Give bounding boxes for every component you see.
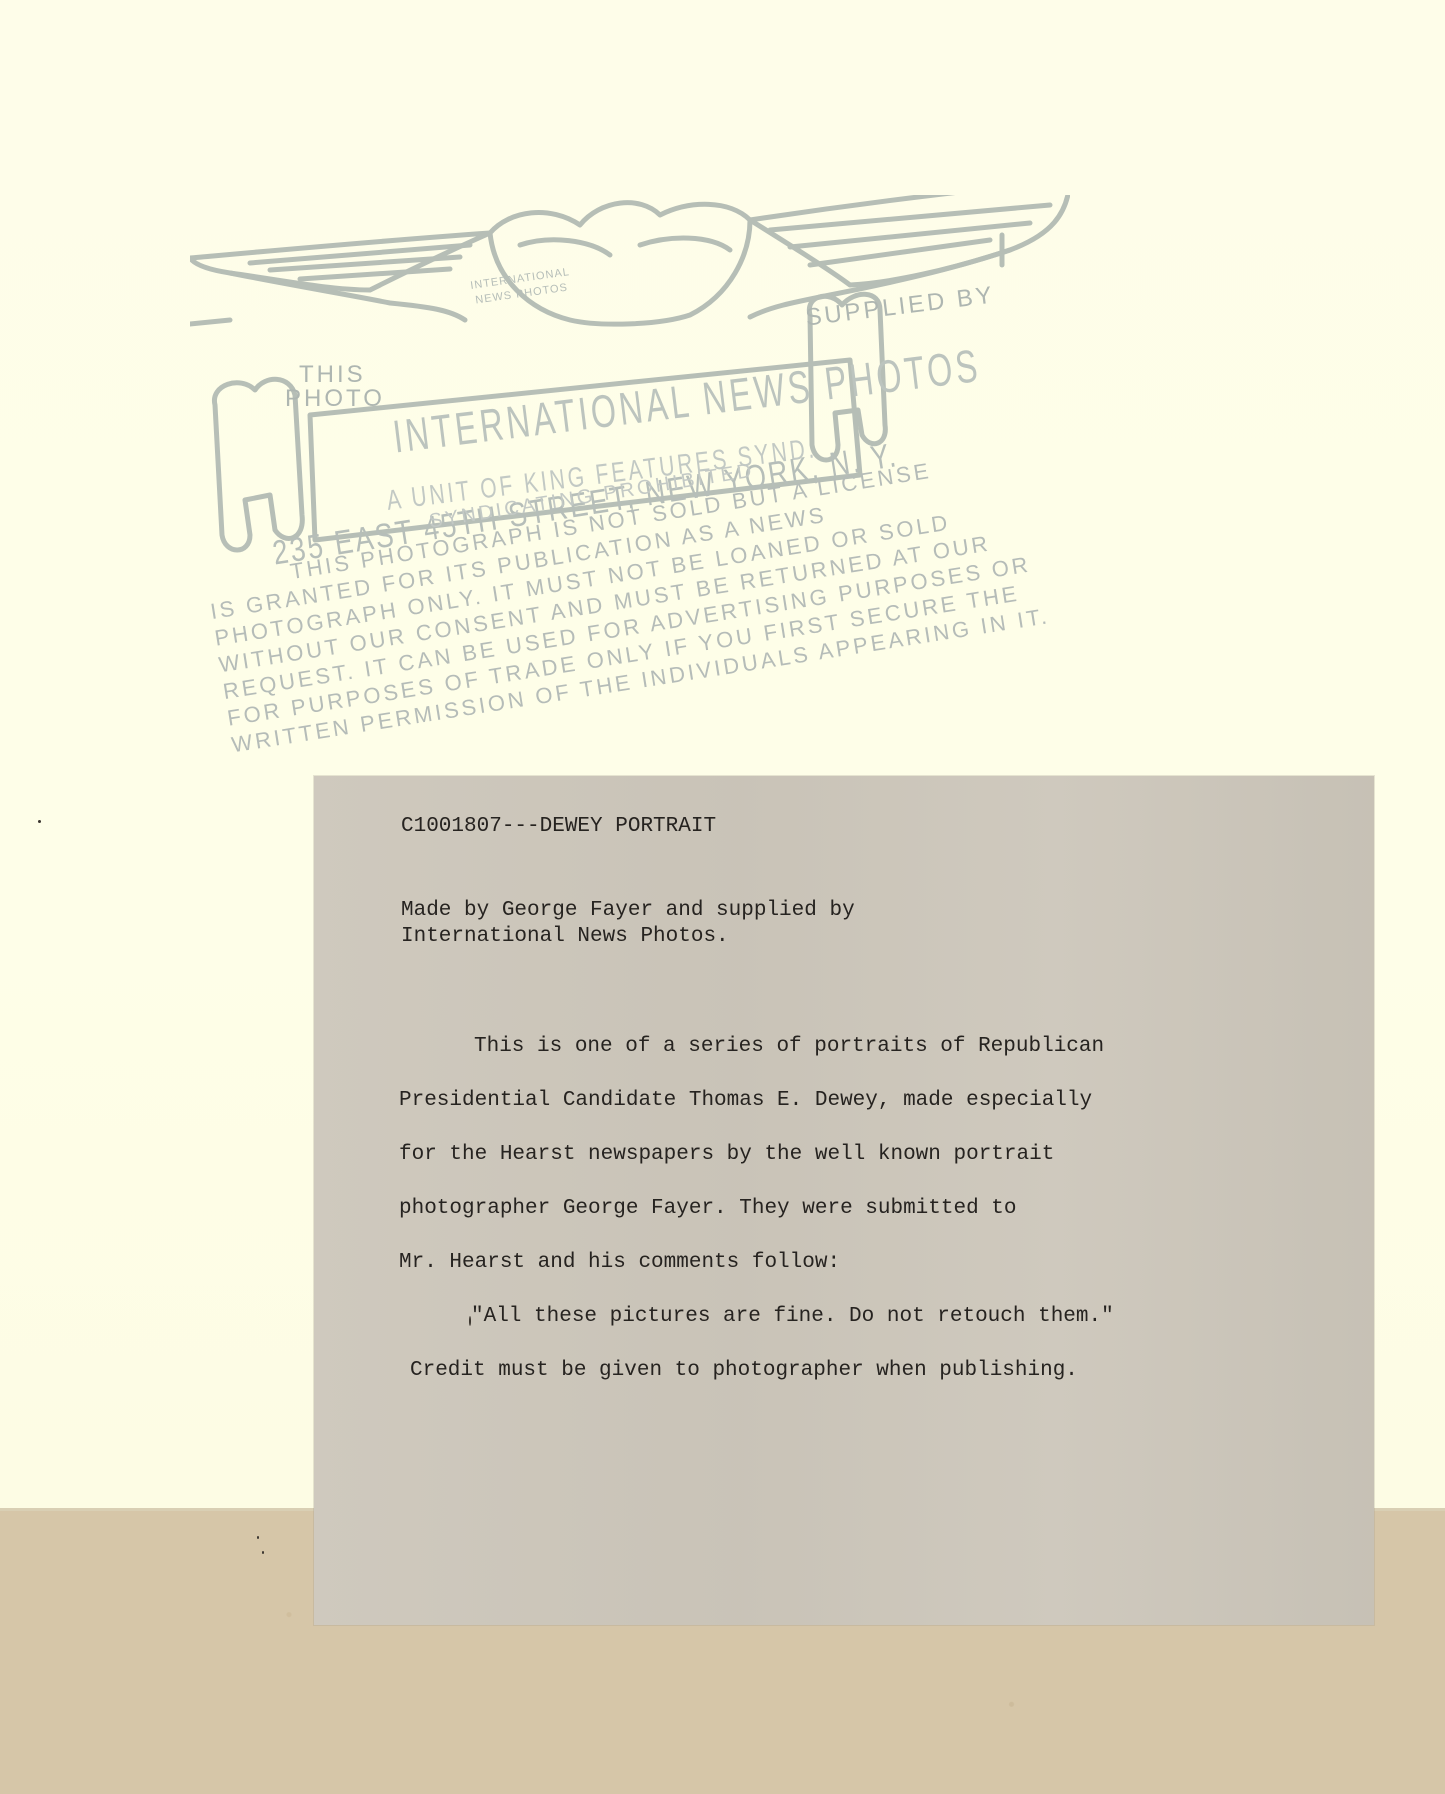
credit-line-1: Made by George Fayer and supplied by [401,899,855,922]
body-line: photographer George Fayer. They were sub… [399,1197,1017,1220]
body-line: Mr. Hearst and his comments follow: [399,1251,840,1274]
paper-speck [262,1551,264,1554]
paper-speck [38,820,41,823]
body-line: Presidential Candidate Thomas E. Dewey, … [399,1089,1092,1112]
caption-sheet: C1001807---DEWEY PORTRAIT Made by George… [314,776,1374,1625]
credit-line-2: International News Photos. [401,925,729,948]
credit-requirement: Credit must be given to photographer whe… [410,1359,1078,1382]
caption-heading: C1001807---DEWEY PORTRAIT [401,815,716,838]
hearst-quote: "All these pictures are fine. Do not ret… [471,1305,1114,1328]
body-line: This is one of a series of portraits of … [474,1035,1104,1058]
this-label: THIS [285,363,385,387]
photo-label: PHOTO [285,387,385,411]
this-photo-label: THIS PHOTO [285,363,385,411]
body-line: for the Hearst newspapers by the well kn… [399,1143,1054,1166]
paper-speck [257,1536,259,1539]
agency-stamp: INTERNATIONAL NEWS PHOTOS THIS PHOTO SUP… [190,195,1070,815]
paper-speck [469,1316,471,1326]
